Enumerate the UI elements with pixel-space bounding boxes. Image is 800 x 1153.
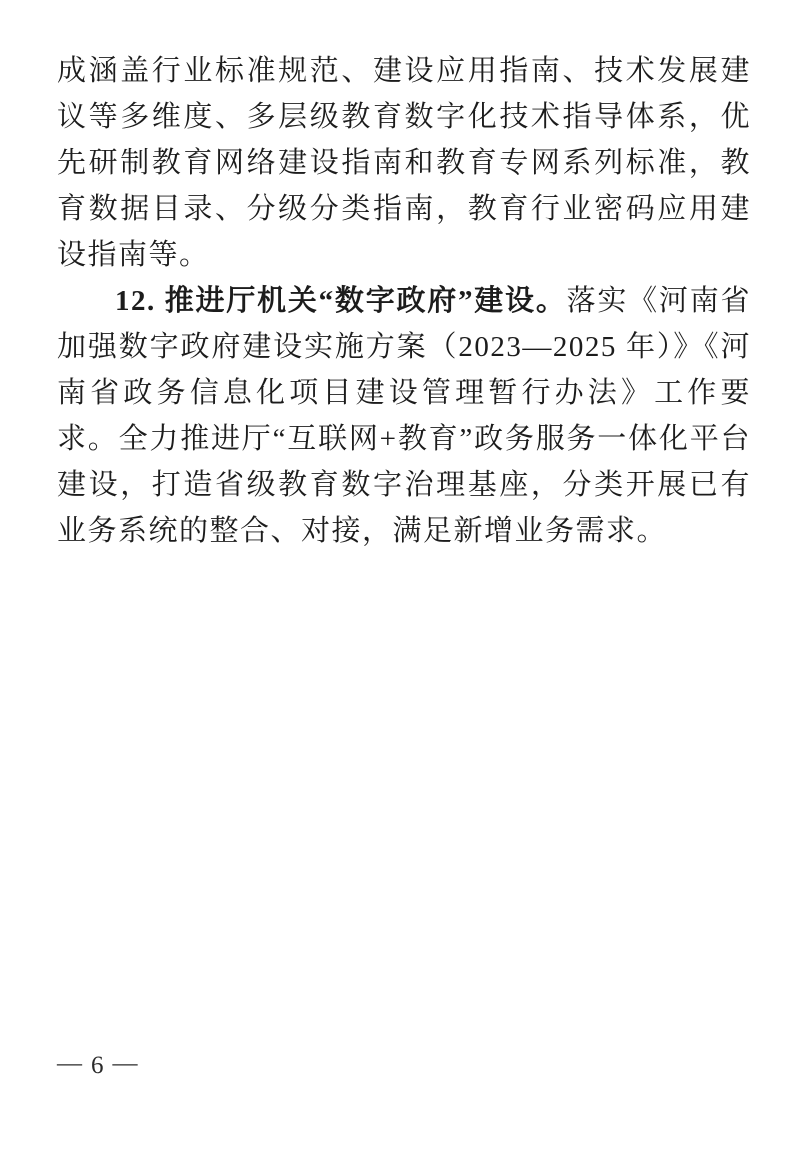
page-number-right-dash: — xyxy=(113,1050,138,1078)
page-number: — 6 — xyxy=(57,1052,138,1080)
paragraph-item-12: 12. 推进厅机关“数字政府”建设。落实《河南省加强数字政府建设实施方案（202… xyxy=(57,278,751,554)
paragraph-standards-text: 成涵盖行业标准规范、建设应用指南、技术发展建议等多维度、多层级教育数字化技术指导… xyxy=(57,55,751,271)
item-12-heading: 12. 推进厅机关“数字政府”建设。 xyxy=(115,285,567,317)
document-content: 成涵盖行业标准规范、建设应用指南、技术发展建议等多维度、多层级教育数字化技术指导… xyxy=(57,48,751,554)
document-page: 成涵盖行业标准规范、建设应用指南、技术发展建议等多维度、多层级教育数字化技术指导… xyxy=(0,0,800,1153)
item-12-body: 落实《河南省加强数字政府建设实施方案（2023—2025 年）》《河南省政务信息… xyxy=(57,285,751,547)
page-number-value: 6 xyxy=(91,1052,104,1080)
paragraph-standards-continuation: 成涵盖行业标准规范、建设应用指南、技术发展建议等多维度、多层级教育数字化技术指导… xyxy=(57,48,751,278)
page-number-left-dash: — xyxy=(57,1050,82,1078)
